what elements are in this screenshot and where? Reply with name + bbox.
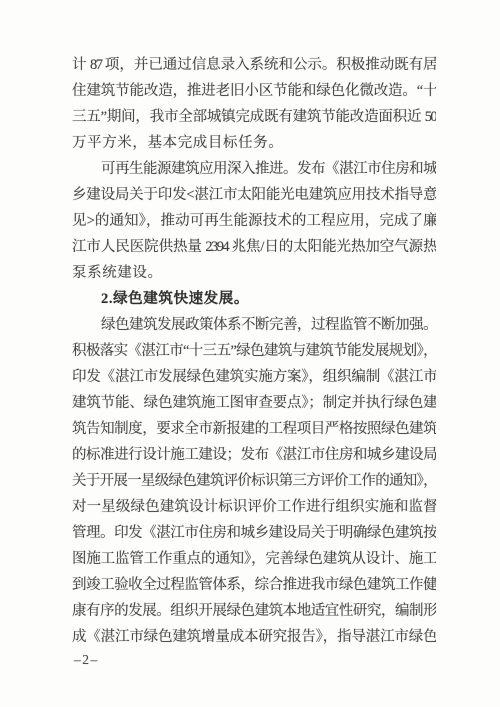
page-number: –2–: [74, 650, 99, 670]
text-line: 住建筑节能改造，推进老旧小区节能和绿色化微改造。“十: [72, 78, 436, 104]
text-line: 万平方米，基本完成目标任务。: [72, 130, 436, 156]
text-line: 建筑节能、绿色建筑施工图审查要点》；制定并执行绿色建: [72, 390, 436, 416]
text-line: 关于开展一星级绿色建筑评价标识第三方评价工作的通知》，: [72, 468, 436, 494]
text-line: 乡建设局关于印发<湛江市太阳能光电建筑应用技术指导意: [72, 182, 436, 208]
text-line: 江市人民医院供热量 2394 兆焦/日的太阳能光热加空气源热: [72, 234, 436, 260]
text-line: 印发《湛江市发展绿色建筑实施方案》，组织编制《湛江市: [72, 364, 436, 390]
text-line: 三五”期间，我市全部城镇完成既有建筑节能改造面积近 50: [72, 104, 436, 130]
text-line: 康有序的发展。组织开展绿色建筑本地适宜性研究，编制形: [72, 598, 436, 624]
text-line: 可再生能源建筑应用深入推进。发布《湛江市住房和城: [72, 156, 436, 182]
text-line: 对一星级绿色建筑设计标识评价工作进行组织实施和监督: [72, 494, 436, 520]
section-heading: 2.绿色建筑快速发展。: [72, 286, 436, 312]
text-line: 泵系统建设。: [72, 260, 436, 286]
text-line: 图施工监管工作重点的通知》，完善绿色建筑从设计、施工: [72, 546, 436, 572]
text-line: 的标准进行设计施工建设；发布《湛江市住房和城乡建设局: [72, 442, 436, 468]
text-line: 成《湛江市绿色建筑增量成本研究报告》，指导湛江市绿色: [72, 624, 436, 650]
body-text: 计 87 项，并已通过信息录入系统和公示。积极推动既有居 住建筑节能改造，推进老…: [72, 52, 436, 650]
document-page: 计 87 项，并已通过信息录入系统和公示。积极推动既有居 住建筑节能改造，推进老…: [0, 0, 500, 707]
text-line: 计 87 项，并已通过信息录入系统和公示。积极推动既有居: [72, 52, 436, 78]
text-line: 见>的通知》，推动可再生能源技术的工程应用，完成了廉: [72, 208, 436, 234]
text-line: 绿色建筑发展政策体系不断完善，过程监管不断加强。: [72, 312, 436, 338]
text-line: 积极落实《湛江市“十三五”绿色建筑与建筑节能发展规划》，: [72, 338, 436, 364]
text-line: 筑告知制度，要求全市新报建的工程项目严格按照绿色建筑: [72, 416, 436, 442]
text-line: 到竣工验收全过程监管体系，综合推进我市绿色建筑工作健: [72, 572, 436, 598]
text-line: 管理。印发《湛江市住房和城乡建设局关于明确绿色建筑按: [72, 520, 436, 546]
